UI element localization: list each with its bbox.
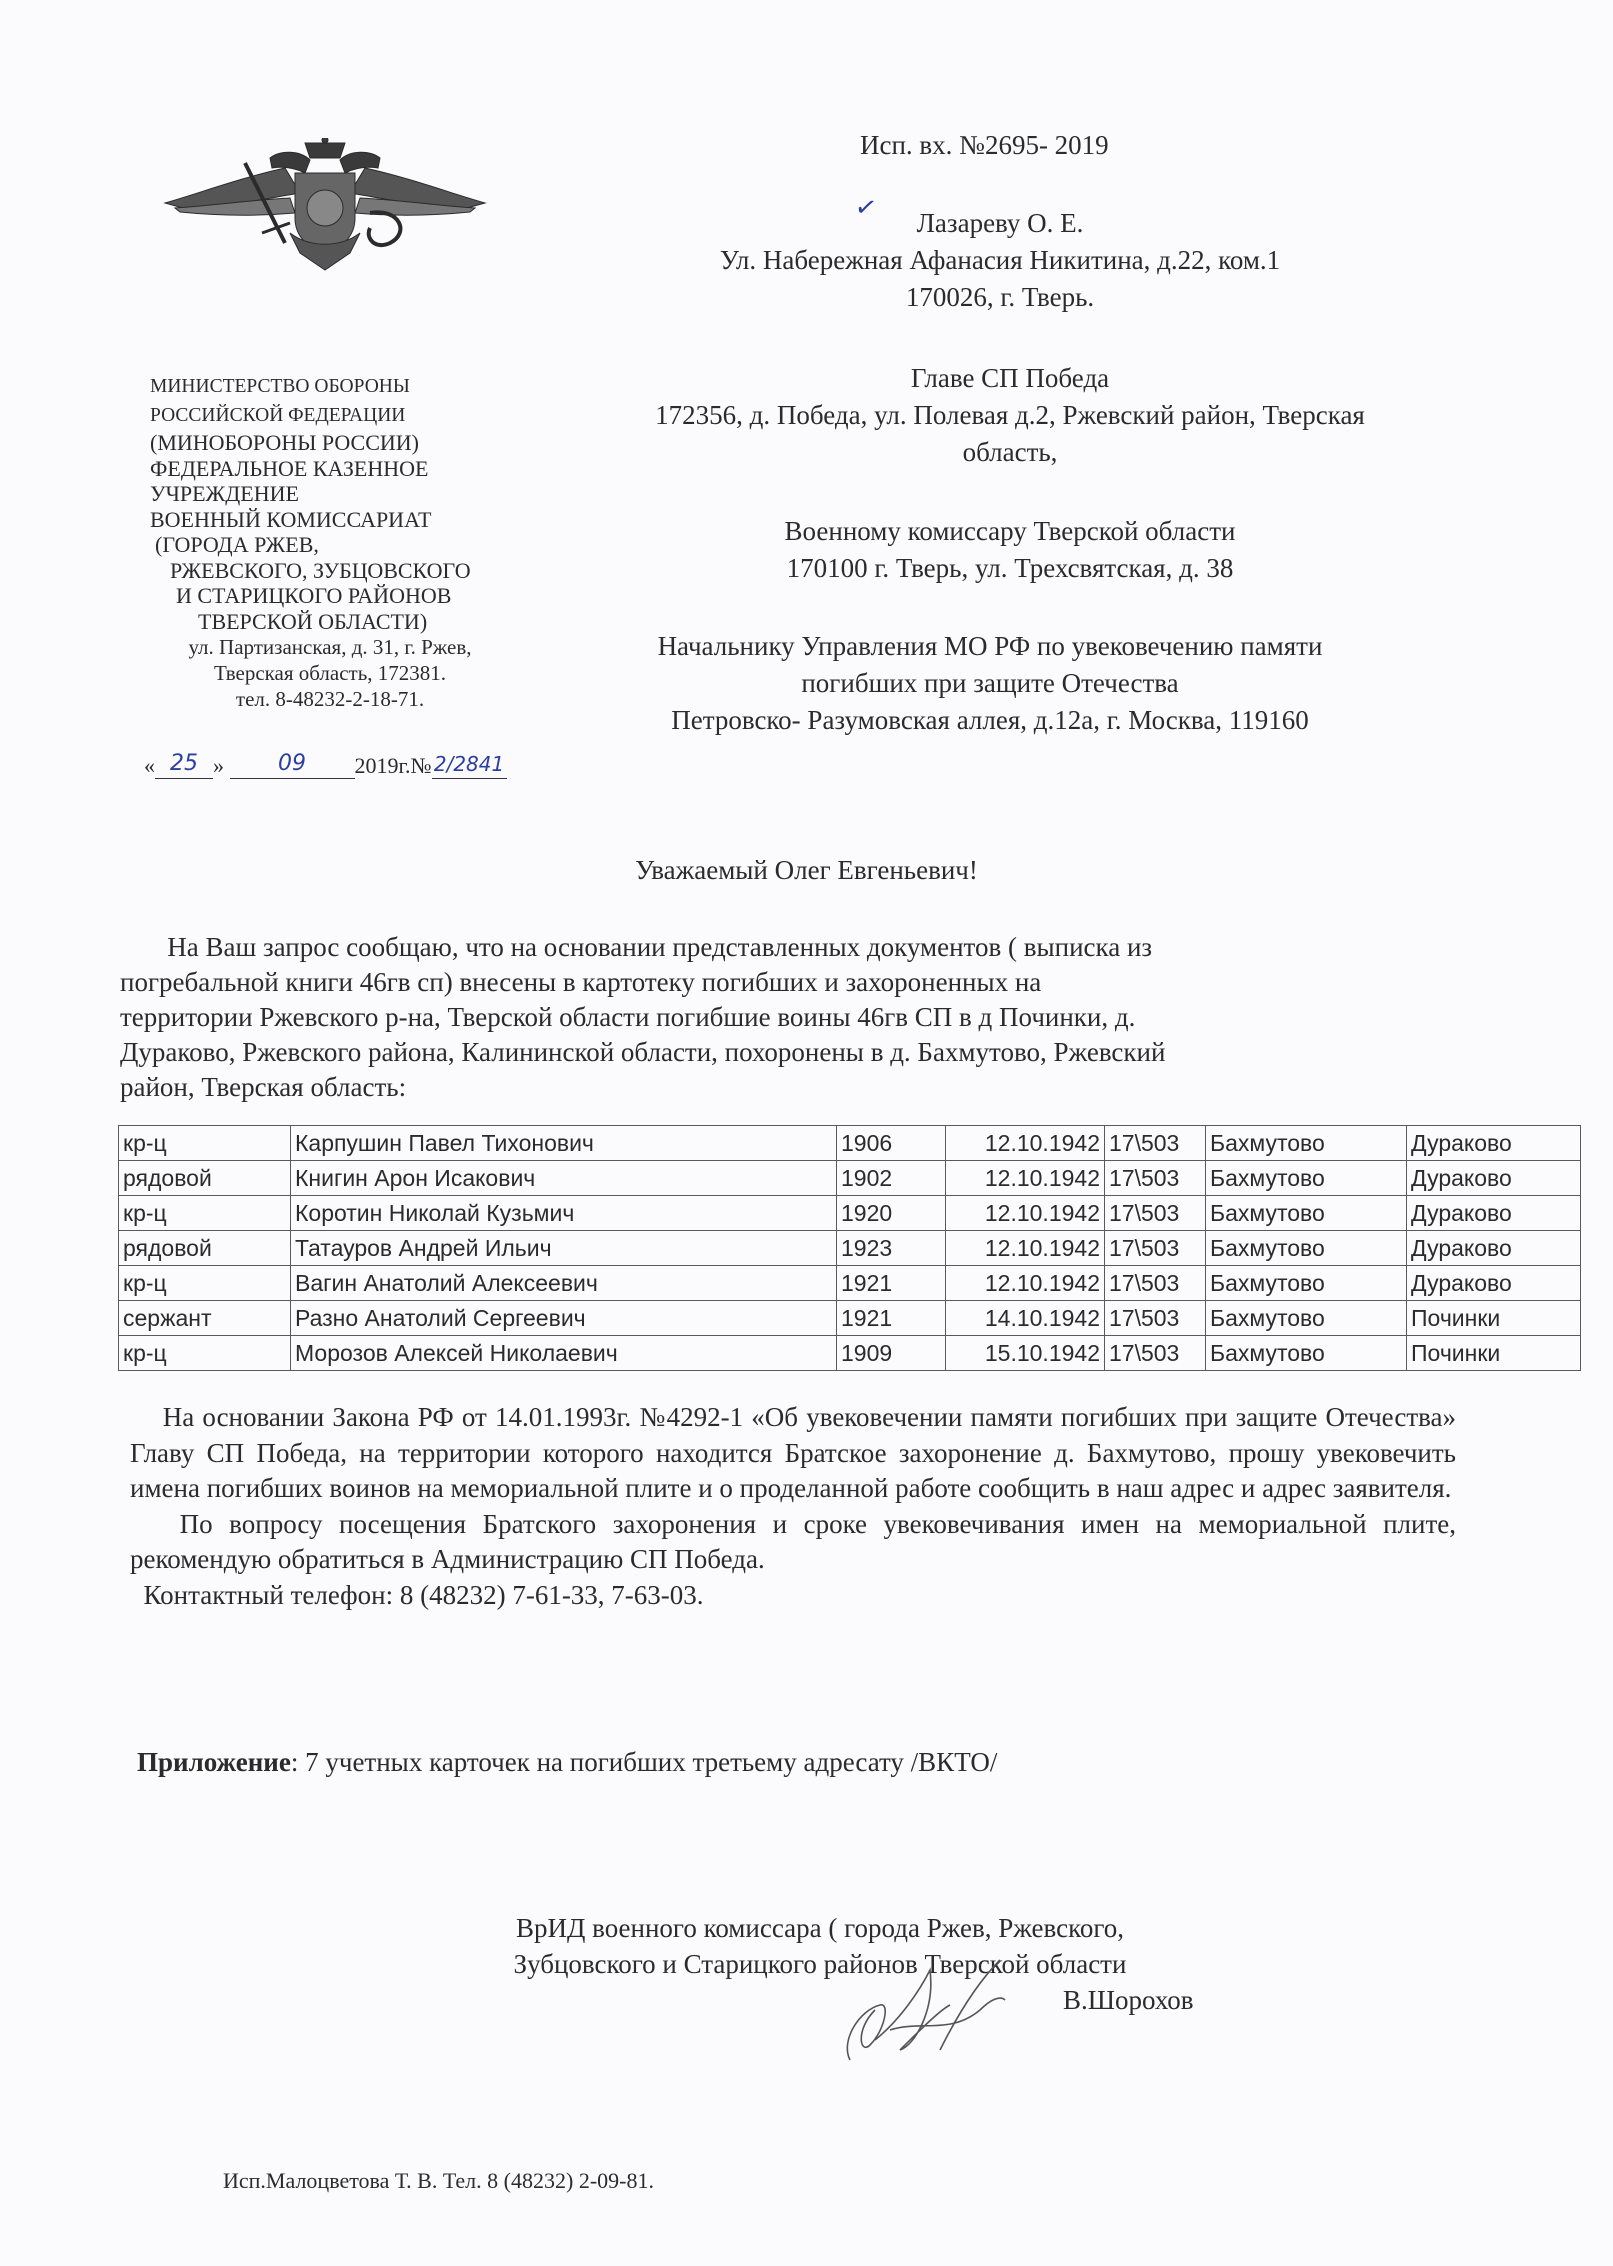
table-row: кр-ц Вагин Анатолий Алексеевич 1921 12.1… xyxy=(119,1266,1581,1301)
signatory-title: ВрИД военного комиссара ( города Ржев, Р… xyxy=(390,1910,1250,1982)
cell-rank: кр-ц xyxy=(119,1336,291,1371)
org-line: РОССИЙСКОЙ ФЕДЕРАЦИИ xyxy=(150,401,530,430)
recipient-line: Военному комиссару Тверской области xyxy=(600,513,1420,550)
cell-birth-year: 1909 xyxy=(837,1336,946,1371)
intro-line: погребальной книги 46гв сп) внесены в ка… xyxy=(120,965,1520,1000)
intro-paragraph: На Ваш запрос сообщаю, что на основании … xyxy=(120,930,1520,1105)
cell-ref: 17\503 xyxy=(1105,1336,1206,1371)
contact-line: Контактный телефон: 8 (48232) 7-61-33, 7… xyxy=(130,1578,1456,1614)
intro-line: район, Тверская область: xyxy=(120,1070,1520,1105)
org-line: И СТАРИЦКОГО РАЙОНОВ xyxy=(176,583,530,609)
sender-address-line: ул. Партизанская, д. 31, г. Ржев, xyxy=(130,634,530,660)
intro-line: На Ваш запрос сообщаю, что на основании … xyxy=(120,930,1520,965)
recipient-1: Лазареву О. Е. Ул. Набережная Афанасия Н… xyxy=(560,205,1440,316)
cell-name: Морозов Алексей Николаевич xyxy=(291,1336,837,1371)
request-paragraphs: На основании Закона РФ от 14.01.1993г. №… xyxy=(130,1400,1456,1613)
signatory-title-line: Зубцовского и Старицкого районов Тверско… xyxy=(390,1946,1250,1982)
org-line: МИНИСТЕРСТВО ОБОРОНЫ xyxy=(150,372,530,401)
cell-burial-place: Бахмутово xyxy=(1206,1196,1407,1231)
cell-original-place: Дураково xyxy=(1407,1196,1581,1231)
table-row: рядовой Татауров Андрей Ильич 1923 12.10… xyxy=(119,1231,1581,1266)
outgoing-number: 2/2841 xyxy=(432,752,507,779)
org-line: ФЕДЕРАЛЬНОЕ КАЗЕННОЕ xyxy=(150,456,530,482)
recipient-line: область, xyxy=(530,434,1490,471)
org-line: (ГОРОДА РЖЕВ, xyxy=(155,532,530,558)
cell-burial-place: Бахмутово xyxy=(1206,1336,1407,1371)
cell-ref: 17\503 xyxy=(1105,1126,1206,1161)
intro-line: Дураково, Ржевского района, Калининской … xyxy=(120,1035,1520,1070)
cell-name: Коротин Николай Кузьмич xyxy=(291,1196,837,1231)
cell-burial-place: Бахмутово xyxy=(1206,1126,1407,1161)
eagle-emblem-icon xyxy=(160,138,490,288)
org-line: (МИНОБОРОНЫ РОССИИ) xyxy=(150,430,530,456)
sender-address-line: Тверская область, 172381. xyxy=(130,660,530,686)
org-line: РЖЕВСКОГО, ЗУБЦОВСКОГО xyxy=(170,558,530,584)
sender-phone-line: тел. 8-48232-2-18-71. xyxy=(130,686,530,712)
recipient-line: 172356, д. Победа, ул. Полевая д.2, Ржев… xyxy=(530,397,1490,434)
cell-name: Разно Анатолий Сергеевич xyxy=(291,1301,837,1336)
cell-original-place: Починки xyxy=(1407,1336,1581,1371)
executor-contact: Исп.Малоцветова Т. В. Тел. 8 (48232) 2-0… xyxy=(223,2168,654,2194)
org-line: ТВЕРСКОЙ ОБЛАСТИ) xyxy=(198,609,530,635)
cell-birth-year: 1923 xyxy=(837,1231,946,1266)
cell-death-date: 12.10.1942 xyxy=(946,1126,1105,1161)
attachment-text: : 7 учетных карточек на погибших третьем… xyxy=(291,1747,997,1777)
open-quote: « xyxy=(144,753,155,778)
cell-death-date: 12.10.1942 xyxy=(946,1231,1105,1266)
cell-original-place: Починки xyxy=(1407,1301,1581,1336)
cell-ref: 17\503 xyxy=(1105,1266,1206,1301)
recipient-line: Ул. Набережная Афанасия Никитина, д.22, … xyxy=(560,242,1440,279)
recipient-line: 170026, г. Тверь. xyxy=(560,279,1440,316)
cell-death-date: 12.10.1942 xyxy=(946,1266,1105,1301)
cell-burial-place: Бахмутово xyxy=(1206,1266,1407,1301)
cell-name: Татауров Андрей Ильич xyxy=(291,1231,837,1266)
cell-death-date: 12.10.1942 xyxy=(946,1161,1105,1196)
cell-ref: 17\503 xyxy=(1105,1231,1206,1266)
cell-rank: кр-ц xyxy=(119,1126,291,1161)
org-line: УЧРЕЖДЕНИЕ xyxy=(150,481,530,507)
cell-death-date: 14.10.1942 xyxy=(946,1301,1105,1336)
cell-birth-year: 1921 xyxy=(837,1301,946,1336)
cell-rank: рядовой xyxy=(119,1231,291,1266)
table-row: кр-ц Коротин Николай Кузьмич 1920 12.10.… xyxy=(119,1196,1581,1231)
recipient-2: Главе СП Победа 172356, д. Победа, ул. П… xyxy=(530,360,1490,471)
cell-name: Вагин Анатолий Алексеевич xyxy=(291,1266,837,1301)
cell-original-place: Дураково xyxy=(1407,1161,1581,1196)
date-month: 09 xyxy=(230,752,355,779)
incoming-reference: Исп. вх. №2695- 2019 xyxy=(860,130,1109,161)
cell-original-place: Дураково xyxy=(1407,1126,1581,1161)
table-row: кр-ц Морозов Алексей Николаевич 1909 15.… xyxy=(119,1336,1581,1371)
handwritten-signature-icon xyxy=(830,1950,1040,2070)
salutation: Уважаемый Олег Евгеньевич! xyxy=(0,855,1613,886)
cell-original-place: Дураково xyxy=(1407,1266,1581,1301)
cell-name: Карпушин Павел Тихонович xyxy=(291,1126,837,1161)
sender-organization-block: МИНИСТЕРСТВО ОБОРОНЫ РОССИЙСКОЙ ФЕДЕРАЦИ… xyxy=(130,372,530,712)
cell-burial-place: Бахмутово xyxy=(1206,1161,1407,1196)
visit-paragraph: По вопросу посещения Братского захоронен… xyxy=(130,1507,1456,1578)
recipient-line: Начальнику Управления МО РФ по увековече… xyxy=(540,628,1440,665)
date-year: 2019г.№ xyxy=(355,753,432,778)
recipient-line: погибших при защите Отечества xyxy=(540,665,1440,702)
cell-burial-place: Бахмутово xyxy=(1206,1301,1407,1336)
signatory-title-line: ВрИД военного комиссара ( города Ржев, Р… xyxy=(390,1910,1250,1946)
cell-original-place: Дураково xyxy=(1407,1231,1581,1266)
cell-name: Книгин Арон Исакович xyxy=(291,1161,837,1196)
law-paragraph: На основании Закона РФ от 14.01.1993г. №… xyxy=(130,1400,1456,1507)
recipient-3: Военному комиссару Тверской области 1701… xyxy=(600,513,1420,587)
signatory-name: В.Шорохов xyxy=(1063,1985,1194,2016)
attachment-note: Приложение: 7 учетных карточек на погибш… xyxy=(137,1747,997,1778)
cell-rank: рядовой xyxy=(119,1161,291,1196)
table-row: рядовой Книгин Арон Исакович 1902 12.10.… xyxy=(119,1161,1581,1196)
cell-rank: кр-ц xyxy=(119,1196,291,1231)
cell-rank: сержант xyxy=(119,1301,291,1336)
recipient-line: Главе СП Победа xyxy=(530,360,1490,397)
table-row: сержант Разно Анатолий Сергеевич 1921 14… xyxy=(119,1301,1581,1336)
recipient-line: Лазареву О. Е. xyxy=(560,205,1440,242)
cell-rank: кр-ц xyxy=(119,1266,291,1301)
cell-death-date: 12.10.1942 xyxy=(946,1196,1105,1231)
cell-birth-year: 1920 xyxy=(837,1196,946,1231)
cell-birth-year: 1902 xyxy=(837,1161,946,1196)
burial-table: кр-ц Карпушин Павел Тихонович 1906 12.10… xyxy=(118,1125,1581,1371)
cell-ref: 17\503 xyxy=(1105,1196,1206,1231)
cell-birth-year: 1906 xyxy=(837,1126,946,1161)
cell-ref: 17\503 xyxy=(1105,1161,1206,1196)
cell-birth-year: 1921 xyxy=(837,1266,946,1301)
outgoing-date-number: «25» 092019г.№2/2841 xyxy=(144,752,564,786)
table-row: кр-ц Карпушин Павел Тихонович 1906 12.10… xyxy=(119,1126,1581,1161)
recipient-line: Петровско- Разумовская аллея, д.12а, г. … xyxy=(540,702,1440,739)
org-line: ВОЕННЫЙ КОМИССАРИАТ xyxy=(150,507,530,533)
recipient-4: Начальнику Управления МО РФ по увековече… xyxy=(540,628,1440,739)
cell-burial-place: Бахмутово xyxy=(1206,1231,1407,1266)
recipient-line: 170100 г. Тверь, ул. Трехсвятская, д. 38 xyxy=(600,550,1420,587)
close-quote: » xyxy=(213,753,224,778)
intro-line: территории Ржевского р-на, Тверской обла… xyxy=(120,1000,1520,1035)
date-day: 25 xyxy=(155,752,213,779)
cell-ref: 17\503 xyxy=(1105,1301,1206,1336)
cell-death-date: 15.10.1942 xyxy=(946,1336,1105,1371)
attachment-label: Приложение xyxy=(137,1747,291,1777)
